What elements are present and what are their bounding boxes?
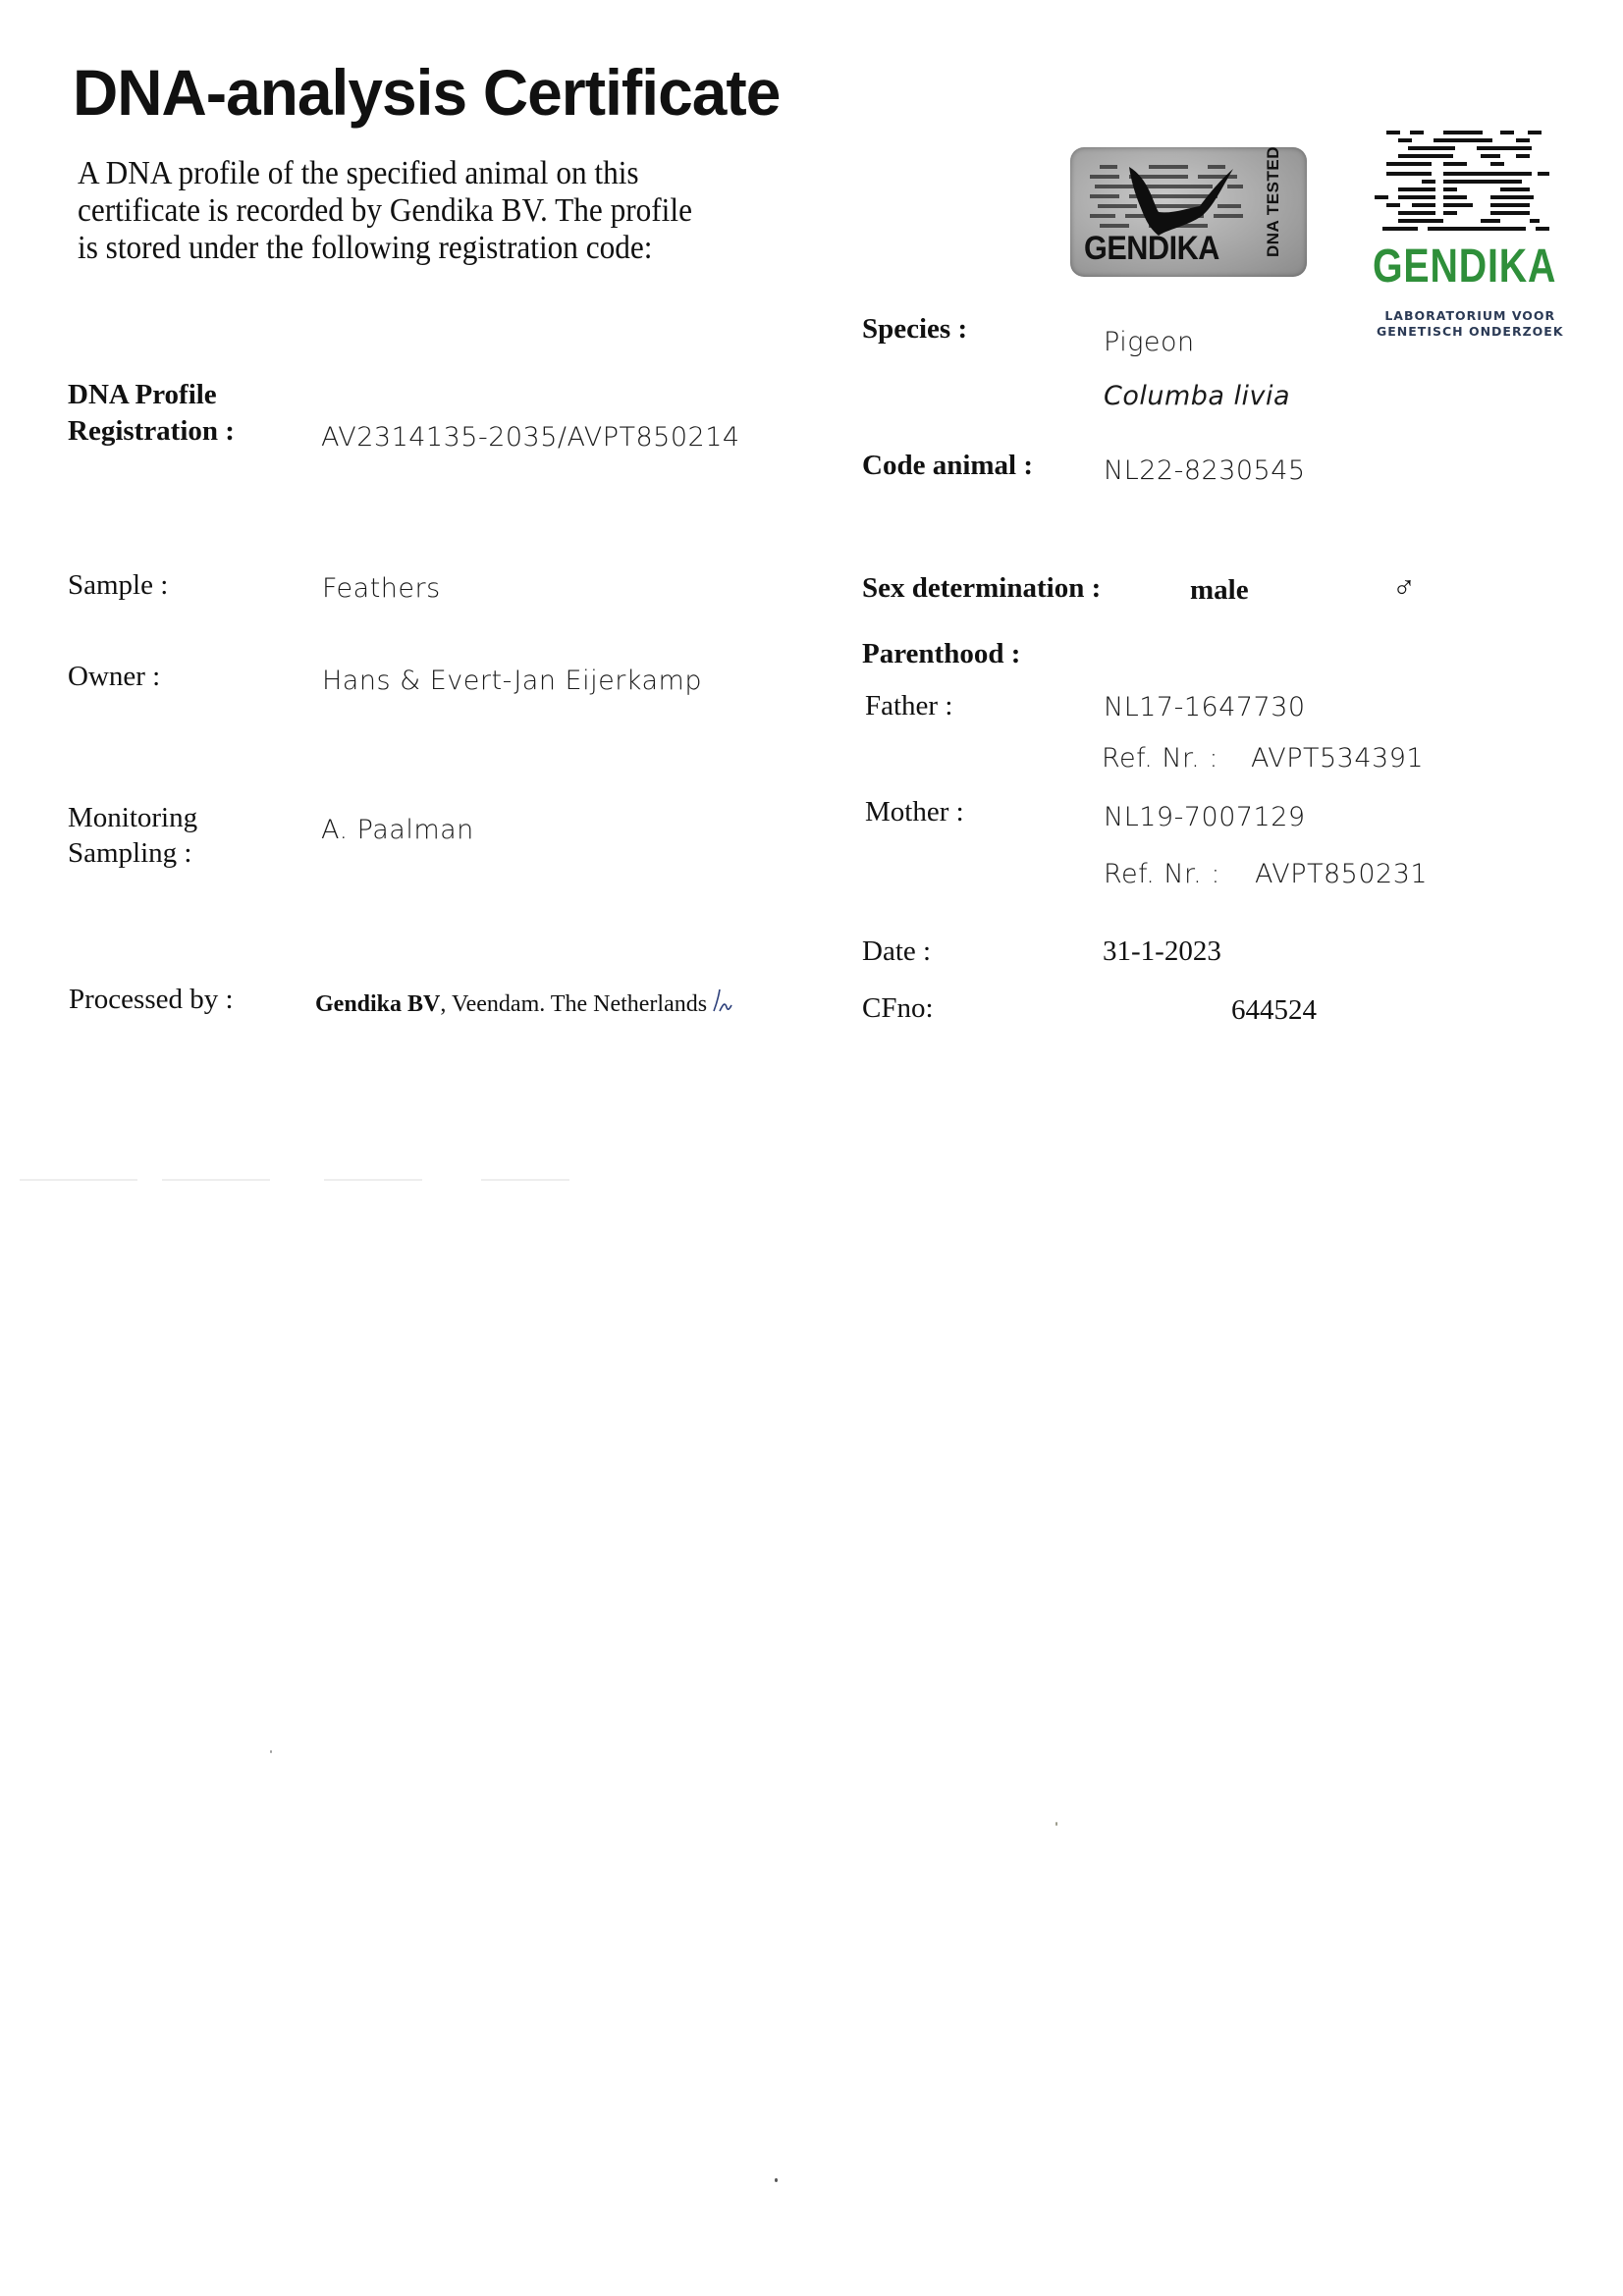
sex-label: Sex determination :	[862, 572, 1101, 605]
lab-subtitle-line2: GENETISCH ONDERZOEK	[1377, 324, 1564, 340]
cfno-value: 644524	[1231, 994, 1317, 1027]
processed-by-label: Processed by :	[69, 984, 234, 1016]
cfno-label: CFno:	[862, 992, 934, 1025]
date-value: 31-1-2023	[1103, 935, 1221, 968]
code-animal-label: Code animal :	[862, 450, 1033, 482]
code-animal-value: NL22-8230545	[1104, 455, 1306, 486]
scan-artifact	[162, 1179, 270, 1181]
species-scientific-value: Columba livia	[1104, 381, 1290, 411]
dna-tested-seal: GENDIKA DNA TESTED	[1070, 147, 1307, 277]
male-symbol-icon: ♂	[1392, 569, 1416, 606]
owner-label: Owner :	[68, 661, 160, 693]
pigeon-silhouette-icon	[1119, 159, 1237, 238]
species-common-value: Pigeon	[1104, 327, 1195, 357]
father-ref-value: AVPT534391	[1251, 743, 1424, 774]
registration-label-line2: Registration :	[68, 415, 235, 448]
scan-speck	[1055, 1822, 1057, 1826]
scan-speck	[270, 1750, 272, 1753]
dna-barcode-g-icon	[1373, 129, 1549, 235]
monitoring-value: A. Paalman	[321, 815, 474, 845]
processed-by-location: , Veendam. The Netherlands	[440, 991, 707, 1017]
scan-artifact	[324, 1179, 422, 1181]
intro-text: A DNA profile of the specified animal on…	[78, 155, 710, 267]
mother-ring-value: NL19-7007129	[1104, 802, 1306, 832]
certificate-title: DNA-analysis Certificate	[73, 55, 780, 130]
sex-value: male	[1190, 574, 1249, 607]
processed-by-value: Gendika BV, Veendam. The Netherlands	[315, 988, 732, 1018]
registration-value: AV2314135-2035/AVPT850214	[321, 422, 740, 453]
father-label: Father :	[865, 690, 952, 722]
date-label: Date :	[862, 935, 931, 968]
scan-speck	[775, 2178, 778, 2182]
signature-mark-icon	[711, 988, 732, 1017]
registration-label-line1: DNA Profile	[68, 379, 217, 411]
monitoring-label-line2: Sampling :	[68, 837, 191, 870]
monitoring-label-line1: Monitoring	[68, 802, 197, 834]
scan-artifact	[481, 1179, 569, 1181]
owner-value: Hans & Evert-Jan Eijerkamp	[322, 666, 702, 696]
lab-logo-name: GENDIKA	[1373, 240, 1556, 294]
father-ref-label: Ref. Nr. :	[1102, 743, 1218, 774]
mother-ref-label: Ref. Nr. :	[1104, 859, 1220, 889]
mother-label: Mother :	[865, 796, 964, 828]
seal-brand: GENDIKA	[1084, 230, 1219, 268]
mother-ref-value: AVPT850231	[1255, 859, 1428, 889]
sample-label: Sample :	[68, 569, 168, 602]
seal-tag: DNA TESTED	[1264, 147, 1283, 257]
father-ring-value: NL17-1647730	[1104, 692, 1306, 722]
processed-by-company: Gendika BV	[315, 991, 440, 1017]
parenthood-label: Parenthood :	[862, 638, 1020, 670]
lab-logo-subtitle: LABORATORIUM VOOR GENETISCH ONDERZOEK	[1377, 308, 1564, 340]
sample-value: Feathers	[322, 573, 441, 604]
scan-artifact	[20, 1179, 137, 1181]
lab-subtitle-line1: LABORATORIUM VOOR	[1377, 308, 1564, 324]
species-label: Species :	[862, 313, 967, 346]
